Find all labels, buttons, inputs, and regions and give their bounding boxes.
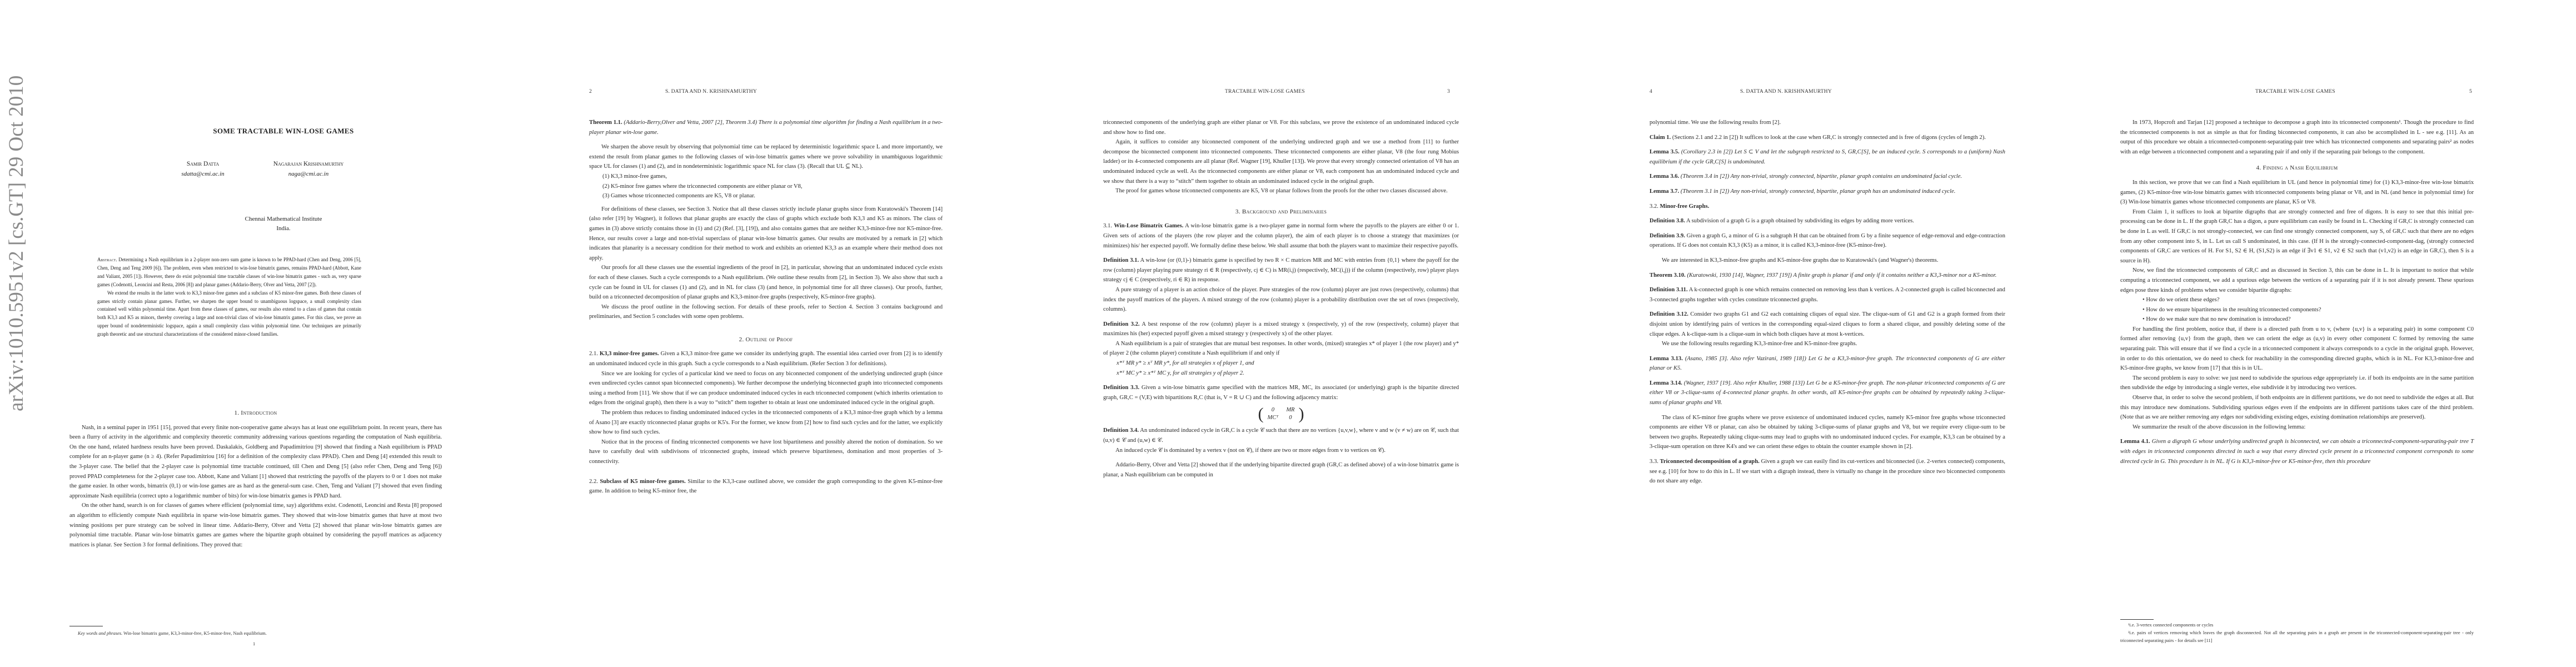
paragraph: A Nash equilibrium is a pair of strategi… [1103,339,1459,359]
running-head: TRACTABLE WIN-LOSE GAMES [1225,89,1305,94]
paragraph: Since we are looking for cycles of a par… [589,369,943,408]
section-heading-background: 3. Background and Preliminaries [1103,207,1459,217]
keywords-label: Key words and phrases. [78,631,122,636]
claim-1: Claim 1. (Sections 2.1 and 2.2 in [2]) I… [1650,133,2005,143]
keywords-text: Win-lose bimatrix game, K3,3-minor-free,… [123,631,267,636]
problem-list: How do we orient these edges? How do we … [2120,295,2474,325]
page-4-body: polynomial time. We use the following re… [1650,118,2005,486]
intro-paragraph-1: Nash, in a seminal paper in 1951 [15], p… [69,423,442,501]
running-head: S. DATTA AND N. KRISHNAMURTHY [665,89,757,94]
footnotes: ¹i.e. 3-vertex connected components or c… [2120,621,2474,645]
running-head: S. DATTA AND N. KRISHNAMURTHY [1740,89,1832,94]
paragraph: The second problem is easy to solve: we … [2120,374,2474,393]
equation-2: x*ᵀ MC y* ≥ x*ᵀ MC y, for all strategies… [1103,369,1459,379]
page-number: 2 [589,89,592,94]
page-number: 1 [253,640,255,648]
paragraph: The class of K5-minor free graphs where … [1650,413,2005,452]
paragraph: triconnected components of the underlyin… [1103,118,1459,137]
class-list: (1) K3,3 minor-free games, (2) K5-minor … [589,172,943,201]
definition-3-9: Definition 3.9. Given a graph G, a minor… [1650,231,2005,251]
section-heading-finding-nash: 4. Finding a Nash Equilibrium [2120,163,2474,173]
paragraph: From Claim 1, it suffices to look at bip… [2120,207,2474,266]
definition-3-2: Definition 3.2. A best response of the r… [1103,320,1459,339]
intro-paragraph-2: On the other hand, search is on for clas… [69,501,442,550]
paragraph: The problem thus reduces to finding undo… [589,408,943,437]
footnote-rule [2120,619,2154,620]
subsection-2-2: 2.2. Subclass of K5 minor-free games. Si… [589,477,943,496]
footnote-1: ¹i.e. 3-vertex connected components or c… [2120,621,2474,629]
page-2: 2 S. DATTA AND N. KRISHNAMURTHY Theorem … [515,0,1030,667]
lemma-3-5: Lemma 3.5. (Corollary 2.3 in [2]) Let S … [1650,147,2005,167]
lemma-3-7: Lemma 3.7. (Theorem 3.1 in [2]) Any non-… [1650,187,2005,197]
theorem-label: Theorem 1.1. [589,120,622,126]
footnote-rule [69,626,103,626]
definition-3-1: Definition 3.1. A win-lose (or (0,1)-) b… [1103,256,1459,285]
paragraph: An induced cycle 𝒞 is dominated by a ver… [1103,446,1459,456]
lemma-3-13: Lemma 3.13. (Asano, 1985 [3]. Also refer… [1650,354,2005,374]
paragraph: In this section, we prove that we can fi… [2120,178,2474,207]
lemma-3-6: Lemma 3.6. (Theorem 3.4 in [2]) Any non-… [1650,172,2005,182]
lemma-4-1: Lemma 4.1. Given a digraph G whose under… [2120,437,2474,466]
running-head: TRACTABLE WIN-LOSE GAMES [2255,89,2335,94]
author-1-email: sdatta@cmi.ac.in [167,171,239,177]
institution: Chennai Mathematical Institute India. [172,215,395,233]
abstract-p2: We extend the results in the latter work… [97,289,361,339]
author-2-email: naga@cmi.ac.in [245,171,372,177]
paragraph: We sharpen the above result by observing… [589,142,943,172]
definition-3-4: Definition 3.4. An undominated induced c… [1103,426,1459,445]
list-item: How do we ensure bipartiteness in the re… [2142,305,2474,315]
definition-3-3: Definition 3.3. Given a win-lose bimatri… [1103,383,1459,402]
definition-3-12: Definition 3.12. Consider two graphs G1 … [1650,310,2005,339]
theorem-3-10: Theorem 3.10. (Kuratowski, 1930 [14], Wa… [1650,271,2005,281]
page-5-body: In 1973, Hopcroft and Tarjan [12] propos… [2120,118,2474,466]
paragraph: Notice that in the process of finding tr… [589,437,943,467]
institution-name: Chennai Mathematical Institute [172,215,395,224]
paragraph: The proof for games whose triconnected c… [1103,186,1459,196]
section-heading-outline: 2. Outline of Proof [589,335,943,345]
subsection-3-1: 3.1. Win-Lose Bimatrix Games. A win-lose… [1103,221,1459,251]
page-number: 3 [1447,89,1450,94]
theorem-1-1: Theorem 1.1. (Addario-Berry,Olver and Ve… [589,118,943,137]
page-3: TRACTABLE WIN-LOSE GAMES 3 triconnected … [1030,0,1546,667]
page-number: 4 [1650,89,1652,94]
page-number: 5 [2469,89,2472,94]
adjacency-matrix: ( 0MR MCᵀ0 ) [1103,406,1459,422]
paragraph: For definitions of these classes, see Se… [589,205,943,263]
paragraph: We use the following results regarding K… [1650,339,2005,349]
list-item: (3) Games whose triconnected components … [602,191,943,201]
paragraph: Observe that, in order to solve the seco… [2120,393,2474,422]
institution-country: India. [172,224,395,233]
equation-1: x*ᵀ MR y* ≥ xᵀ MR y*, for all strategies… [1103,359,1459,369]
keywords-footnote: Key words and phrases. Win-lose bimatrix… [78,630,445,638]
author-2-name: Nagarajan Krishnamurthy [245,161,372,167]
subsection-2-1: 2.1. K3,3 minor-free games. Given a K3,3… [589,349,943,369]
paragraph: In 1973, Hopcroft and Tarjan [12] propos… [2120,118,2474,157]
list-item: (1) K3,3 minor-free games, [602,172,943,182]
subsection-3-3: 3.3. Triconnected decomposition of a gra… [1650,457,2005,486]
definition-3-11: Definition 3.11. A k-connected graph is … [1650,285,2005,305]
list-item: (2) K5-minor free games where the tricon… [602,182,943,192]
footnote-2: ²i.e. pairs of vertices removing which l… [2120,629,2474,645]
paragraph: Again, it suffices to consider any bicon… [1103,137,1459,186]
paragraph: For handling the first problem, notice t… [2120,325,2474,374]
subsection-title: Win-Lose Bimatrix Games. [1114,223,1183,229]
subsection-title: K3,3 minor-free games. [600,351,659,357]
page-2-body: Theorem 1.1. (Addario-Berry,Olver and Ve… [589,118,943,496]
theorem-text: (Addario-Berry,Olver and Vetta, 2007 [2]… [589,120,943,136]
abstract-label: Abstract. [97,257,117,262]
list-item: How do we orient these edges? [2142,295,2474,305]
paragraph: A pure strategy of a player is an action… [1103,285,1459,315]
subsection-3-2: 3.2. Minor-free Graphs. [1650,202,2005,212]
paragraph: Addario-Berry, Olver and Vetta [2] showe… [1103,460,1459,480]
paragraph: polynomial time. We use the following re… [1650,118,2005,128]
page-4: 4 S. DATTA AND N. KRISHNAMURTHY polynomi… [1546,0,2061,667]
page-3-body: triconnected components of the underlyin… [1103,118,1459,480]
abstract: Abstract. Determining a Nash equilibrium… [97,256,361,339]
list-item: How do we make sure that no new dominati… [2142,315,2474,325]
introduction: 1. Introduction Nash, in a seminal paper… [69,409,442,550]
paragraph: Our proofs for all these classes use the… [589,263,943,302]
paragraph: We summarize the result of the above dis… [2120,422,2474,432]
paragraph: We discuss the proof outline in the foll… [589,302,943,322]
page-1: SOME TRACTABLE WIN-LOSE GAMES Samir Datt… [0,0,515,667]
paper-title: SOME TRACTABLE WIN-LOSE GAMES [172,127,395,136]
section-heading-introduction: 1. Introduction [69,409,442,419]
definition-3-8: Definition 3.8. A subdivision of a graph… [1650,216,2005,226]
paragraph: We are interested in K3,3-minor-free gra… [1650,256,2005,266]
paragraph: Now, we find the triconnected components… [2120,266,2474,295]
author-1-name: Samir Datta [167,161,239,167]
page-5: TRACTABLE WIN-LOSE GAMES 5 In 1973, Hopc… [2061,0,2576,667]
subsection-title: Subclass of K5 minor-free games. [600,479,685,485]
lemma-3-14: Lemma 3.14. (Wagner, 1937 [19]. Also ref… [1650,379,2005,408]
abstract-p1: Determining a Nash equilibrium in a 2-pl… [97,257,361,287]
